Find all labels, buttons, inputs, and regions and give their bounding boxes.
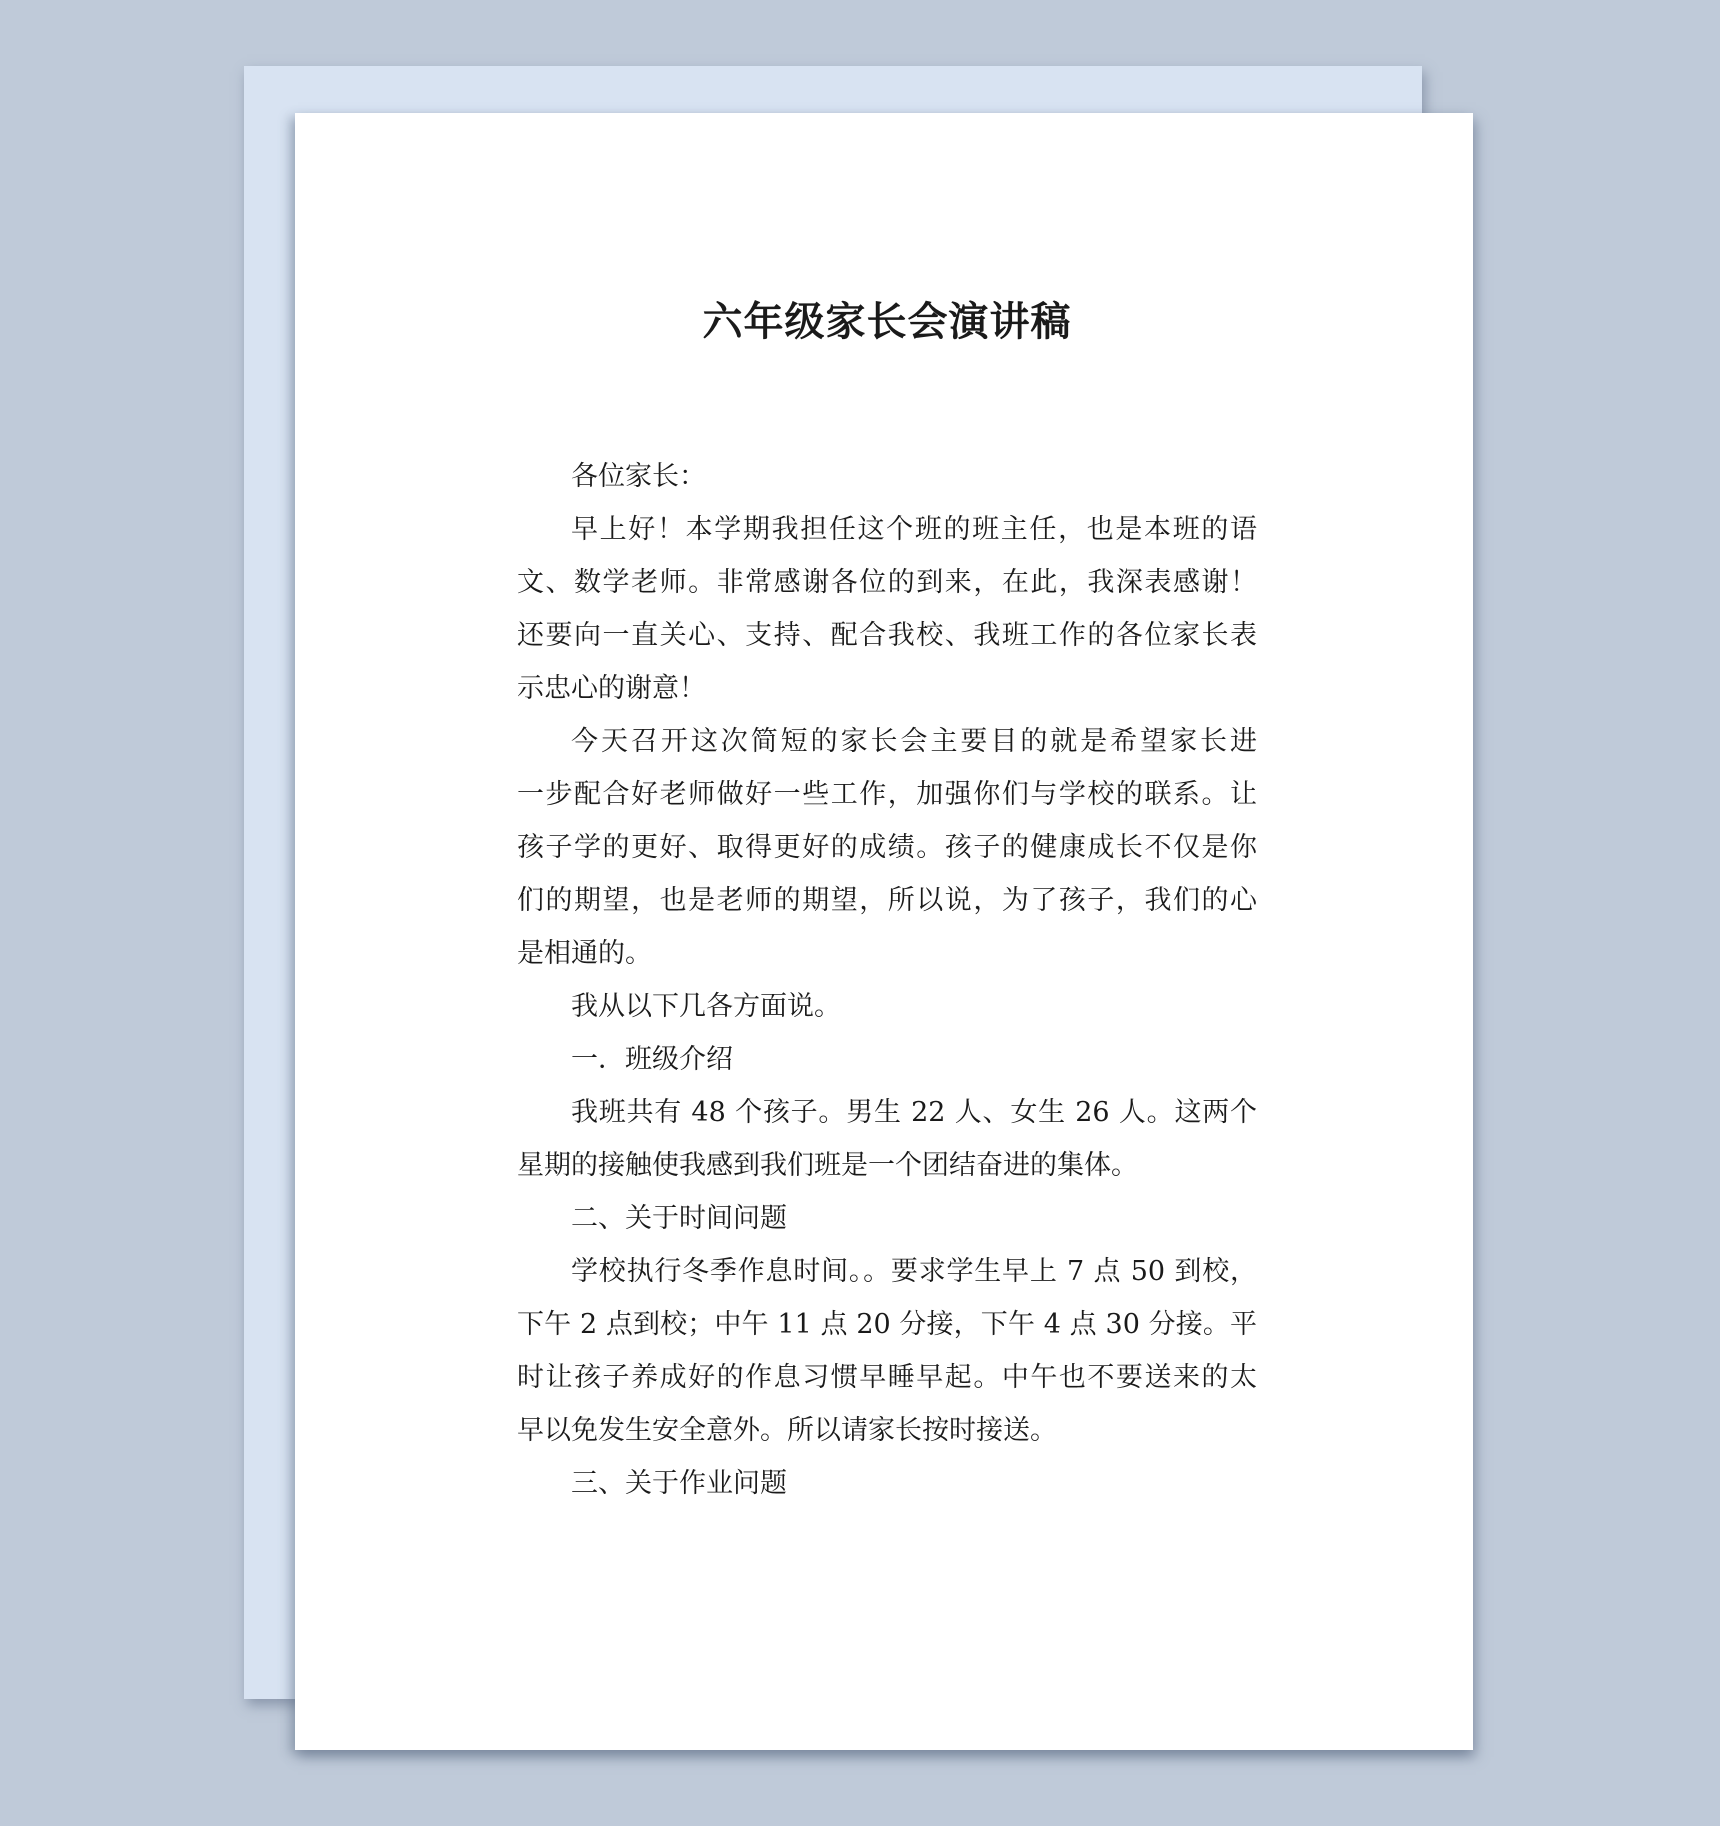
desk-background: 六年级家长会演讲稿 各位家长：早上好！本学期我担任这个班的班主任，也是本班的语文… [0, 0, 1720, 1826]
text-line: 各位家长： [517, 450, 1257, 503]
text-line: 学校执行冬季作息时间。。要求学生早上 7 点 50 到校， [517, 1245, 1257, 1298]
text-line: 今天召开这次简短的家长会主要目的就是希望家长进 [517, 715, 1257, 768]
text-line: 三、关于作业问题 [517, 1457, 1257, 1510]
text-line: 还要向一直关心、支持、配合我校、我班工作的各位家长表 [517, 609, 1257, 662]
text-line: 早以免发生安全意外。所以请家长按时接送。 [517, 1404, 1257, 1457]
text-line: 时让孩子养成好的作息习惯早睡早起。中午也不要送来的太 [517, 1351, 1257, 1404]
text-line: 一步配合好老师做好一些工作，加强你们与学校的联系。让 [517, 768, 1257, 821]
document-title: 六年级家长会演讲稿 [517, 298, 1257, 346]
document-body: 各位家长：早上好！本学期我担任这个班的班主任，也是本班的语文、数学老师。非常感谢… [517, 450, 1257, 1510]
text-line: 星期的接触使我感到我们班是一个团结奋进的集体。 [517, 1139, 1257, 1192]
text-line: 下午 2 点到校；中午 11 点 20 分接，下午 4 点 30 分接。平 [517, 1298, 1257, 1351]
text-line: 一．班级介绍 [517, 1033, 1257, 1086]
text-line: 二、关于时间问题 [517, 1192, 1257, 1245]
text-line: 们的期望，也是老师的期望，所以说，为了孩子，我们的心 [517, 874, 1257, 927]
text-line: 我班共有 48 个孩子。男生 22 人、女生 26 人。这两个 [517, 1086, 1257, 1139]
text-line: 文、数学老师。非常感谢各位的到来，在此，我深表感谢！ [517, 556, 1257, 609]
text-line: 是相通的。 [517, 927, 1257, 980]
document-page: 六年级家长会演讲稿 各位家长：早上好！本学期我担任这个班的班主任，也是本班的语文… [295, 113, 1473, 1750]
text-line: 我从以下几各方面说。 [517, 980, 1257, 1033]
page-content: 六年级家长会演讲稿 各位家长：早上好！本学期我担任这个班的班主任，也是本班的语文… [517, 298, 1257, 1510]
text-line: 示忠心的谢意！ [517, 662, 1257, 715]
text-line: 早上好！本学期我担任这个班的班主任，也是本班的语 [517, 503, 1257, 556]
text-line: 孩子学的更好、取得更好的成绩。孩子的健康成长不仅是你 [517, 821, 1257, 874]
